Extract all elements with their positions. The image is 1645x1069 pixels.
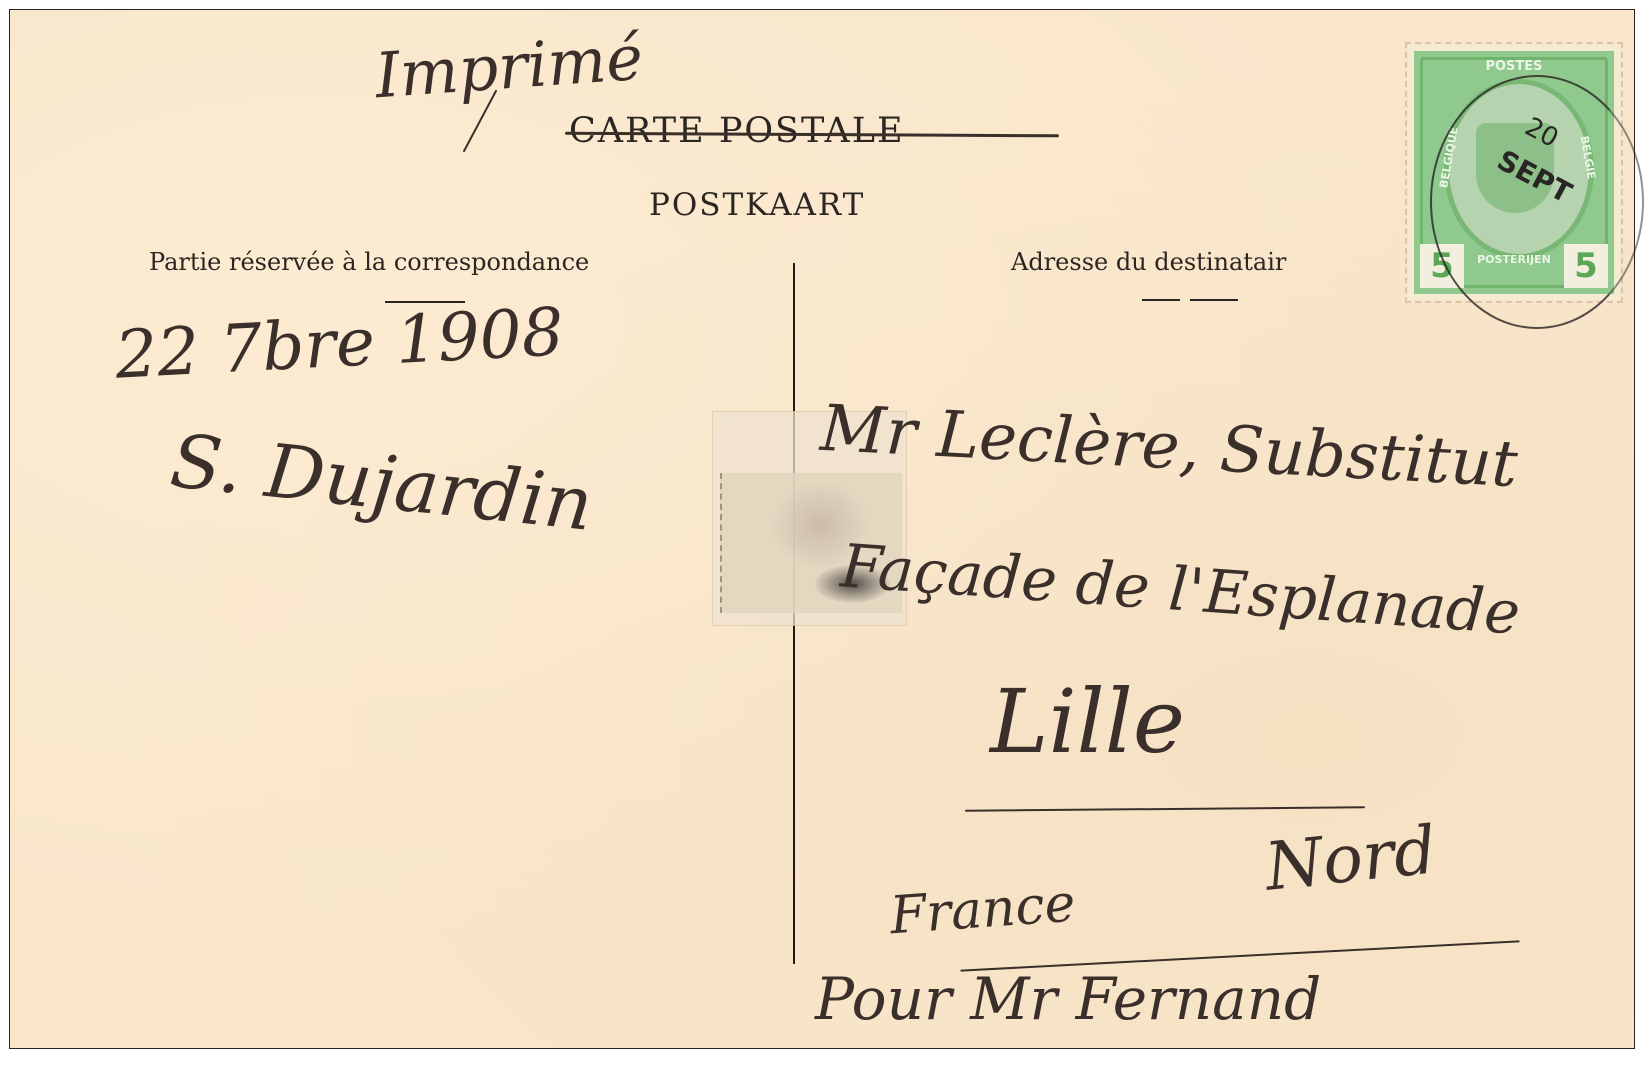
forwarding-note: Pour Mr Fernand <box>815 965 1321 1033</box>
stamp-top-text: POSTES <box>1414 59 1614 74</box>
address-city: Lille <box>990 670 1185 773</box>
title-postkaart: POSTKAART <box>649 187 865 223</box>
address-dash-1 <box>1142 299 1180 301</box>
address-dash-2 <box>1190 299 1238 301</box>
label-correspondence: Partie réservée à la correspondance <box>149 248 589 276</box>
label-address: Adresse du destinatair <box>1011 248 1286 276</box>
